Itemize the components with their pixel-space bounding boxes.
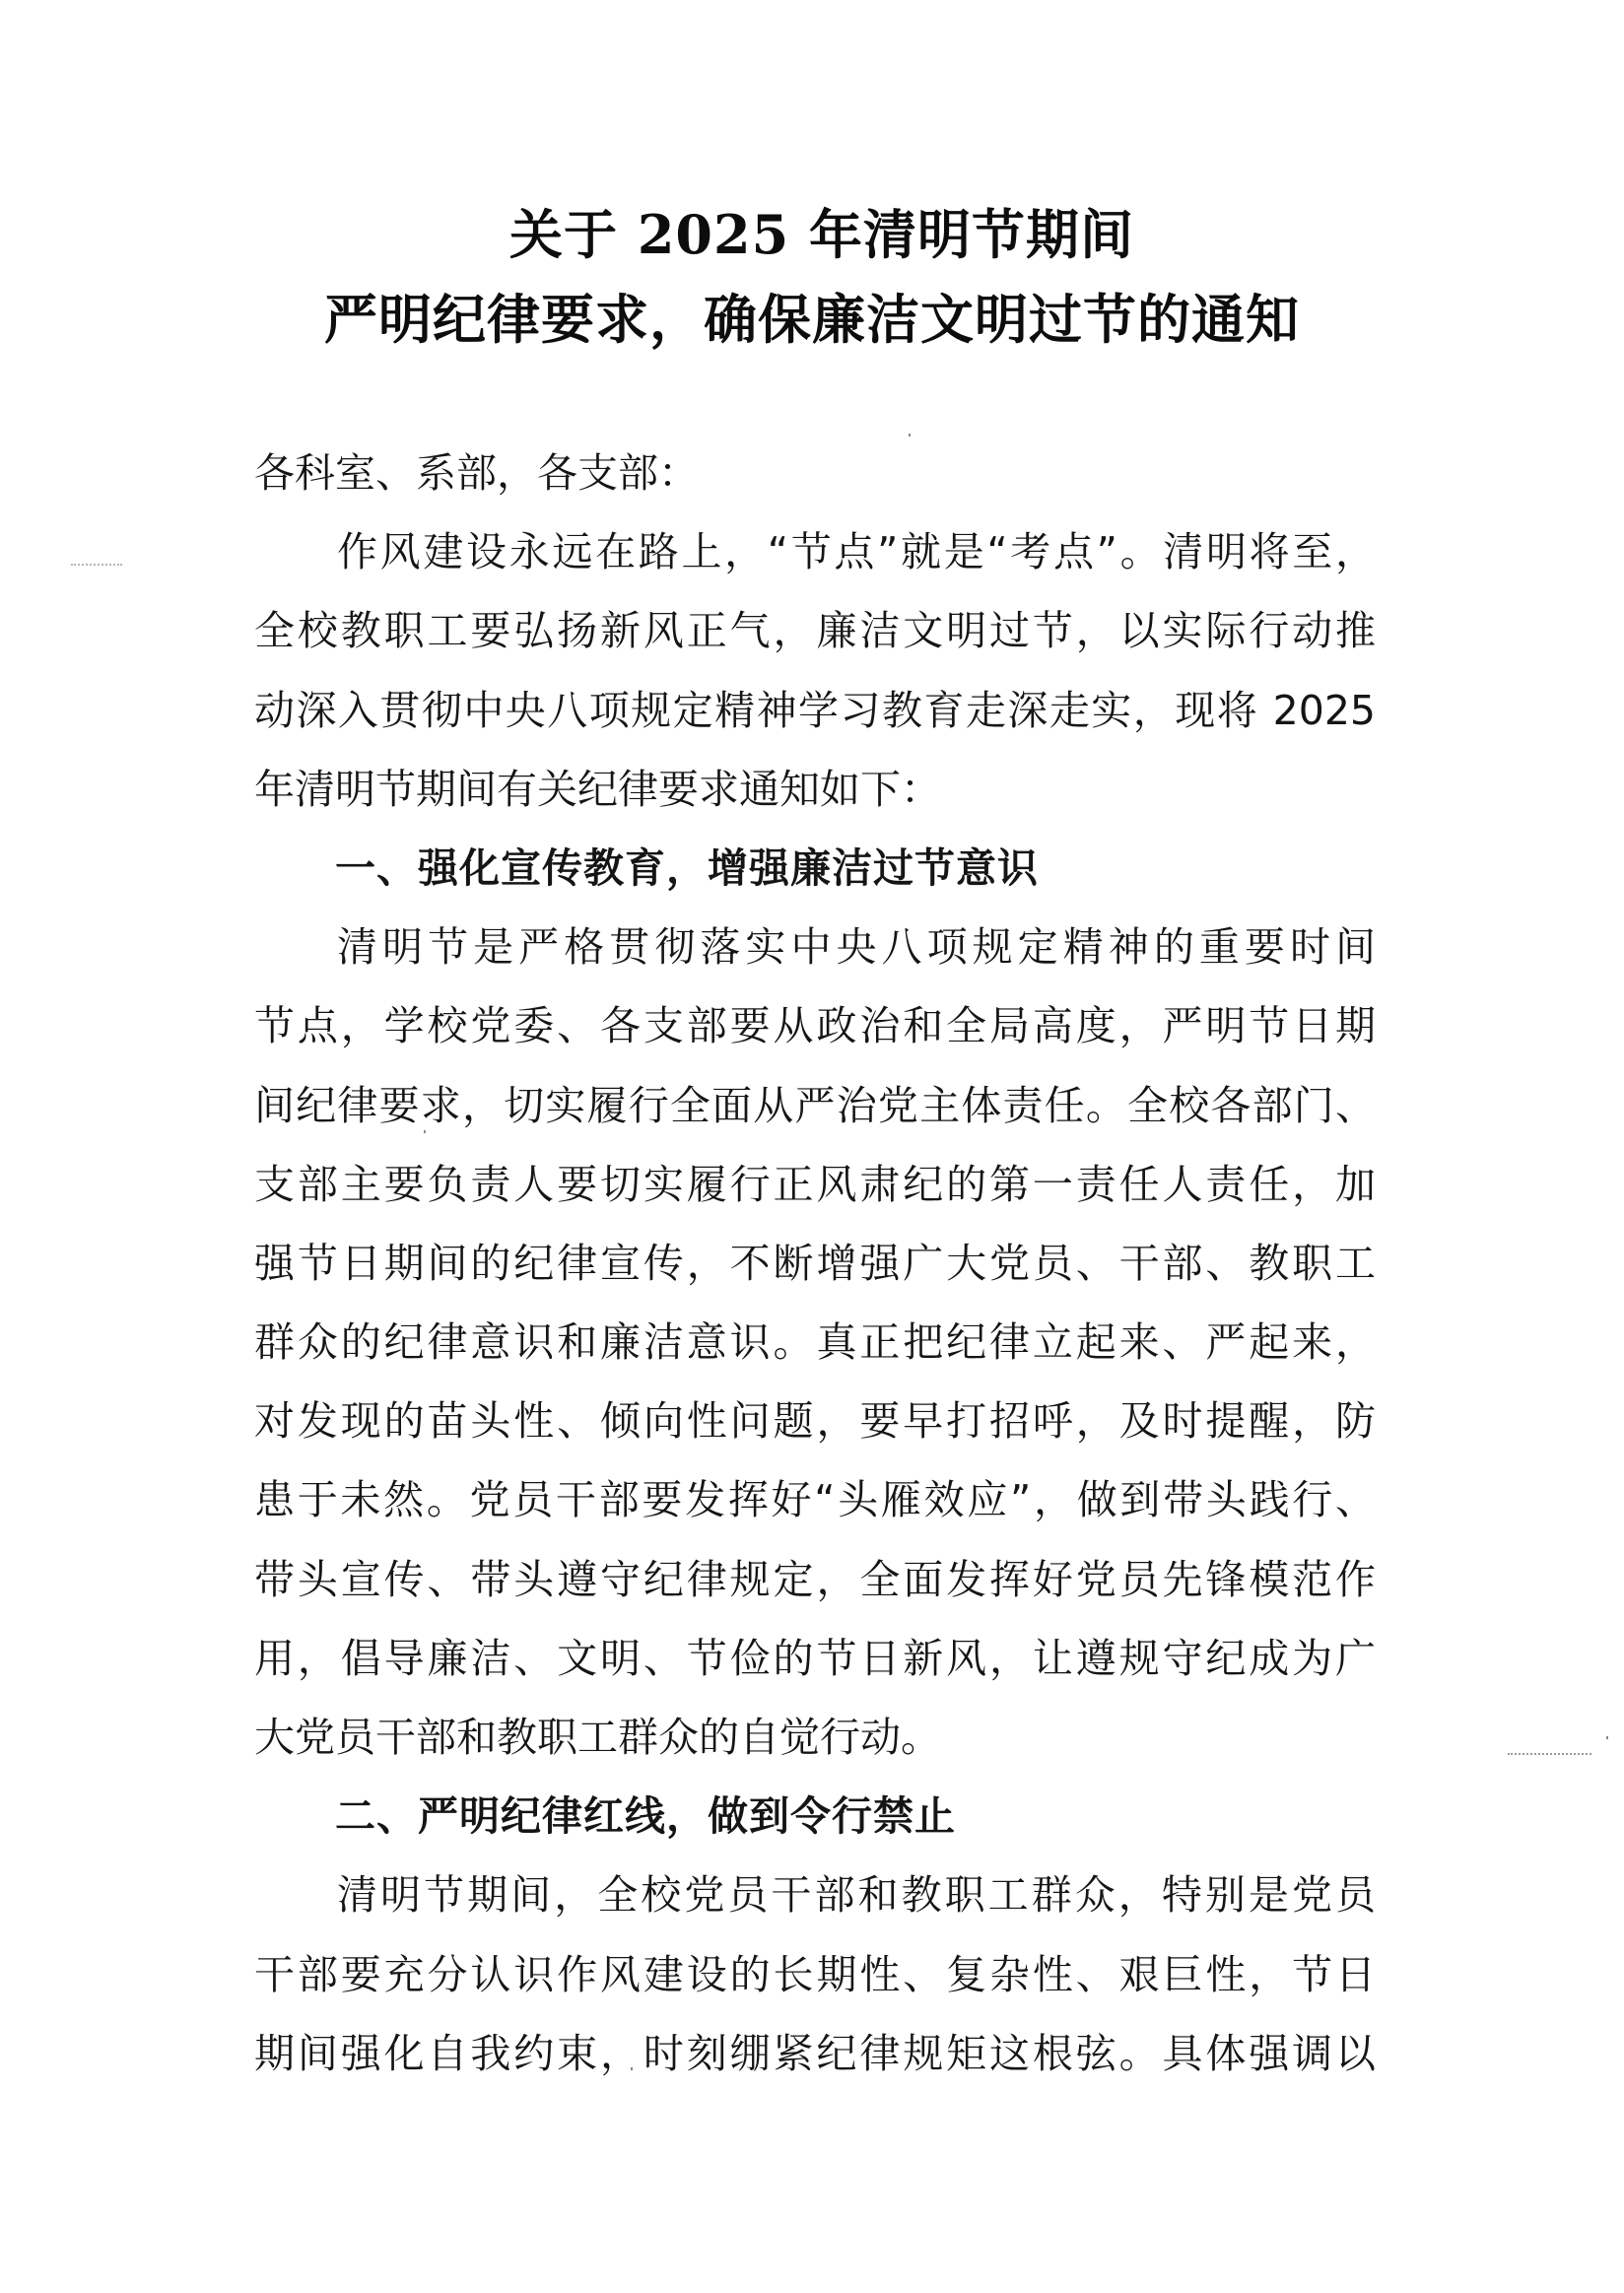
section-1-line: 支部主要负责人要切实履行正风肃纪的第一责任人责任，加 xyxy=(254,1145,1376,1224)
intro-line: 全校教职工要弘扬新风正气，廉洁文明过节，以实际行动推 xyxy=(254,591,1376,670)
section-heading-1: 一、强化宣传教育，增强廉洁过节意识 xyxy=(254,829,1376,908)
scan-artifact-right xyxy=(1508,1753,1591,1757)
section-1-line: 带头宣传、带头遵守纪律规定，全面发挥好党员先锋模范作 xyxy=(254,1540,1376,1619)
scan-speck xyxy=(1606,1736,1608,1739)
section-1-line: 群众的纪律意识和廉洁意识。真正把纪律立起来、严起来， xyxy=(254,1303,1376,1382)
section-1-line: 患于未然。党员干部要发挥好“头雁效应”，做到带头践行、 xyxy=(254,1460,1376,1539)
section-1-line: 节点，学校党委、各支部要从政治和全局高度，严明节日期 xyxy=(254,986,1376,1065)
section-2-line: 干部要充分认识作风建设的长期性、复杂性、艰巨性，节日 xyxy=(254,1935,1376,2014)
section-1-line: 大党员干部和教职工群众的自觉行动。 xyxy=(254,1698,1376,1777)
document-title: 关于 2025 年清明节期间 严明纪律要求，确保廉洁文明过节的通知 xyxy=(0,192,1624,362)
intro-line: 年清明节期间有关纪律要求通知如下： xyxy=(254,750,1376,829)
intro-line: 作风建设永远在路上，“节点”就是“考点”。清明将至， xyxy=(254,512,1376,591)
title-line-1: 关于 2025 年清明节期间 xyxy=(0,192,1624,277)
scan-artifact-left xyxy=(71,564,122,568)
section-1-line: 间纪律要求，切实履行全面从严治党主体责任。全校各部门、 xyxy=(254,1066,1376,1145)
section-1-line: 强节日期间的纪律宣传，不断增强广大党员、干部、教职工 xyxy=(254,1224,1376,1303)
section-2-line: 清明节期间，全校党员干部和教职工群众，特别是党员 xyxy=(254,1855,1376,1934)
document-body: 各科室、系部，各支部： 作风建设永远在路上，“节点”就是“考点”。清明将至， 全… xyxy=(254,434,1376,2093)
intro-line: 动深入贯彻中央八项规定精神学习教育走深走实，现将 2025 xyxy=(254,671,1376,750)
document-page: 关于 2025 年清明节期间 严明纪律要求，确保廉洁文明过节的通知 各科室、系部… xyxy=(0,0,1624,2293)
section-1-line: 对发现的苗头性、倾向性问题，要早打招呼，及时提醒，防 xyxy=(254,1382,1376,1460)
salutation: 各科室、系部，各支部： xyxy=(254,434,1376,512)
title-line-2: 严明纪律要求，确保廉洁文明过节的通知 xyxy=(0,277,1624,362)
section-1-line: 清明节是严格贯彻落实中央八项规定精神的重要时间 xyxy=(254,908,1376,986)
section-heading-2: 二、严明纪律红线，做到令行禁止 xyxy=(254,1777,1376,1855)
section-1-line: 用，倡导廉洁、文明、节俭的节日新风，让遵规守纪成为广 xyxy=(254,1619,1376,1698)
section-2-line: 期间强化自我约束，时刻绷紧纪律规矩这根弦。具体强调以 xyxy=(254,2014,1376,2093)
